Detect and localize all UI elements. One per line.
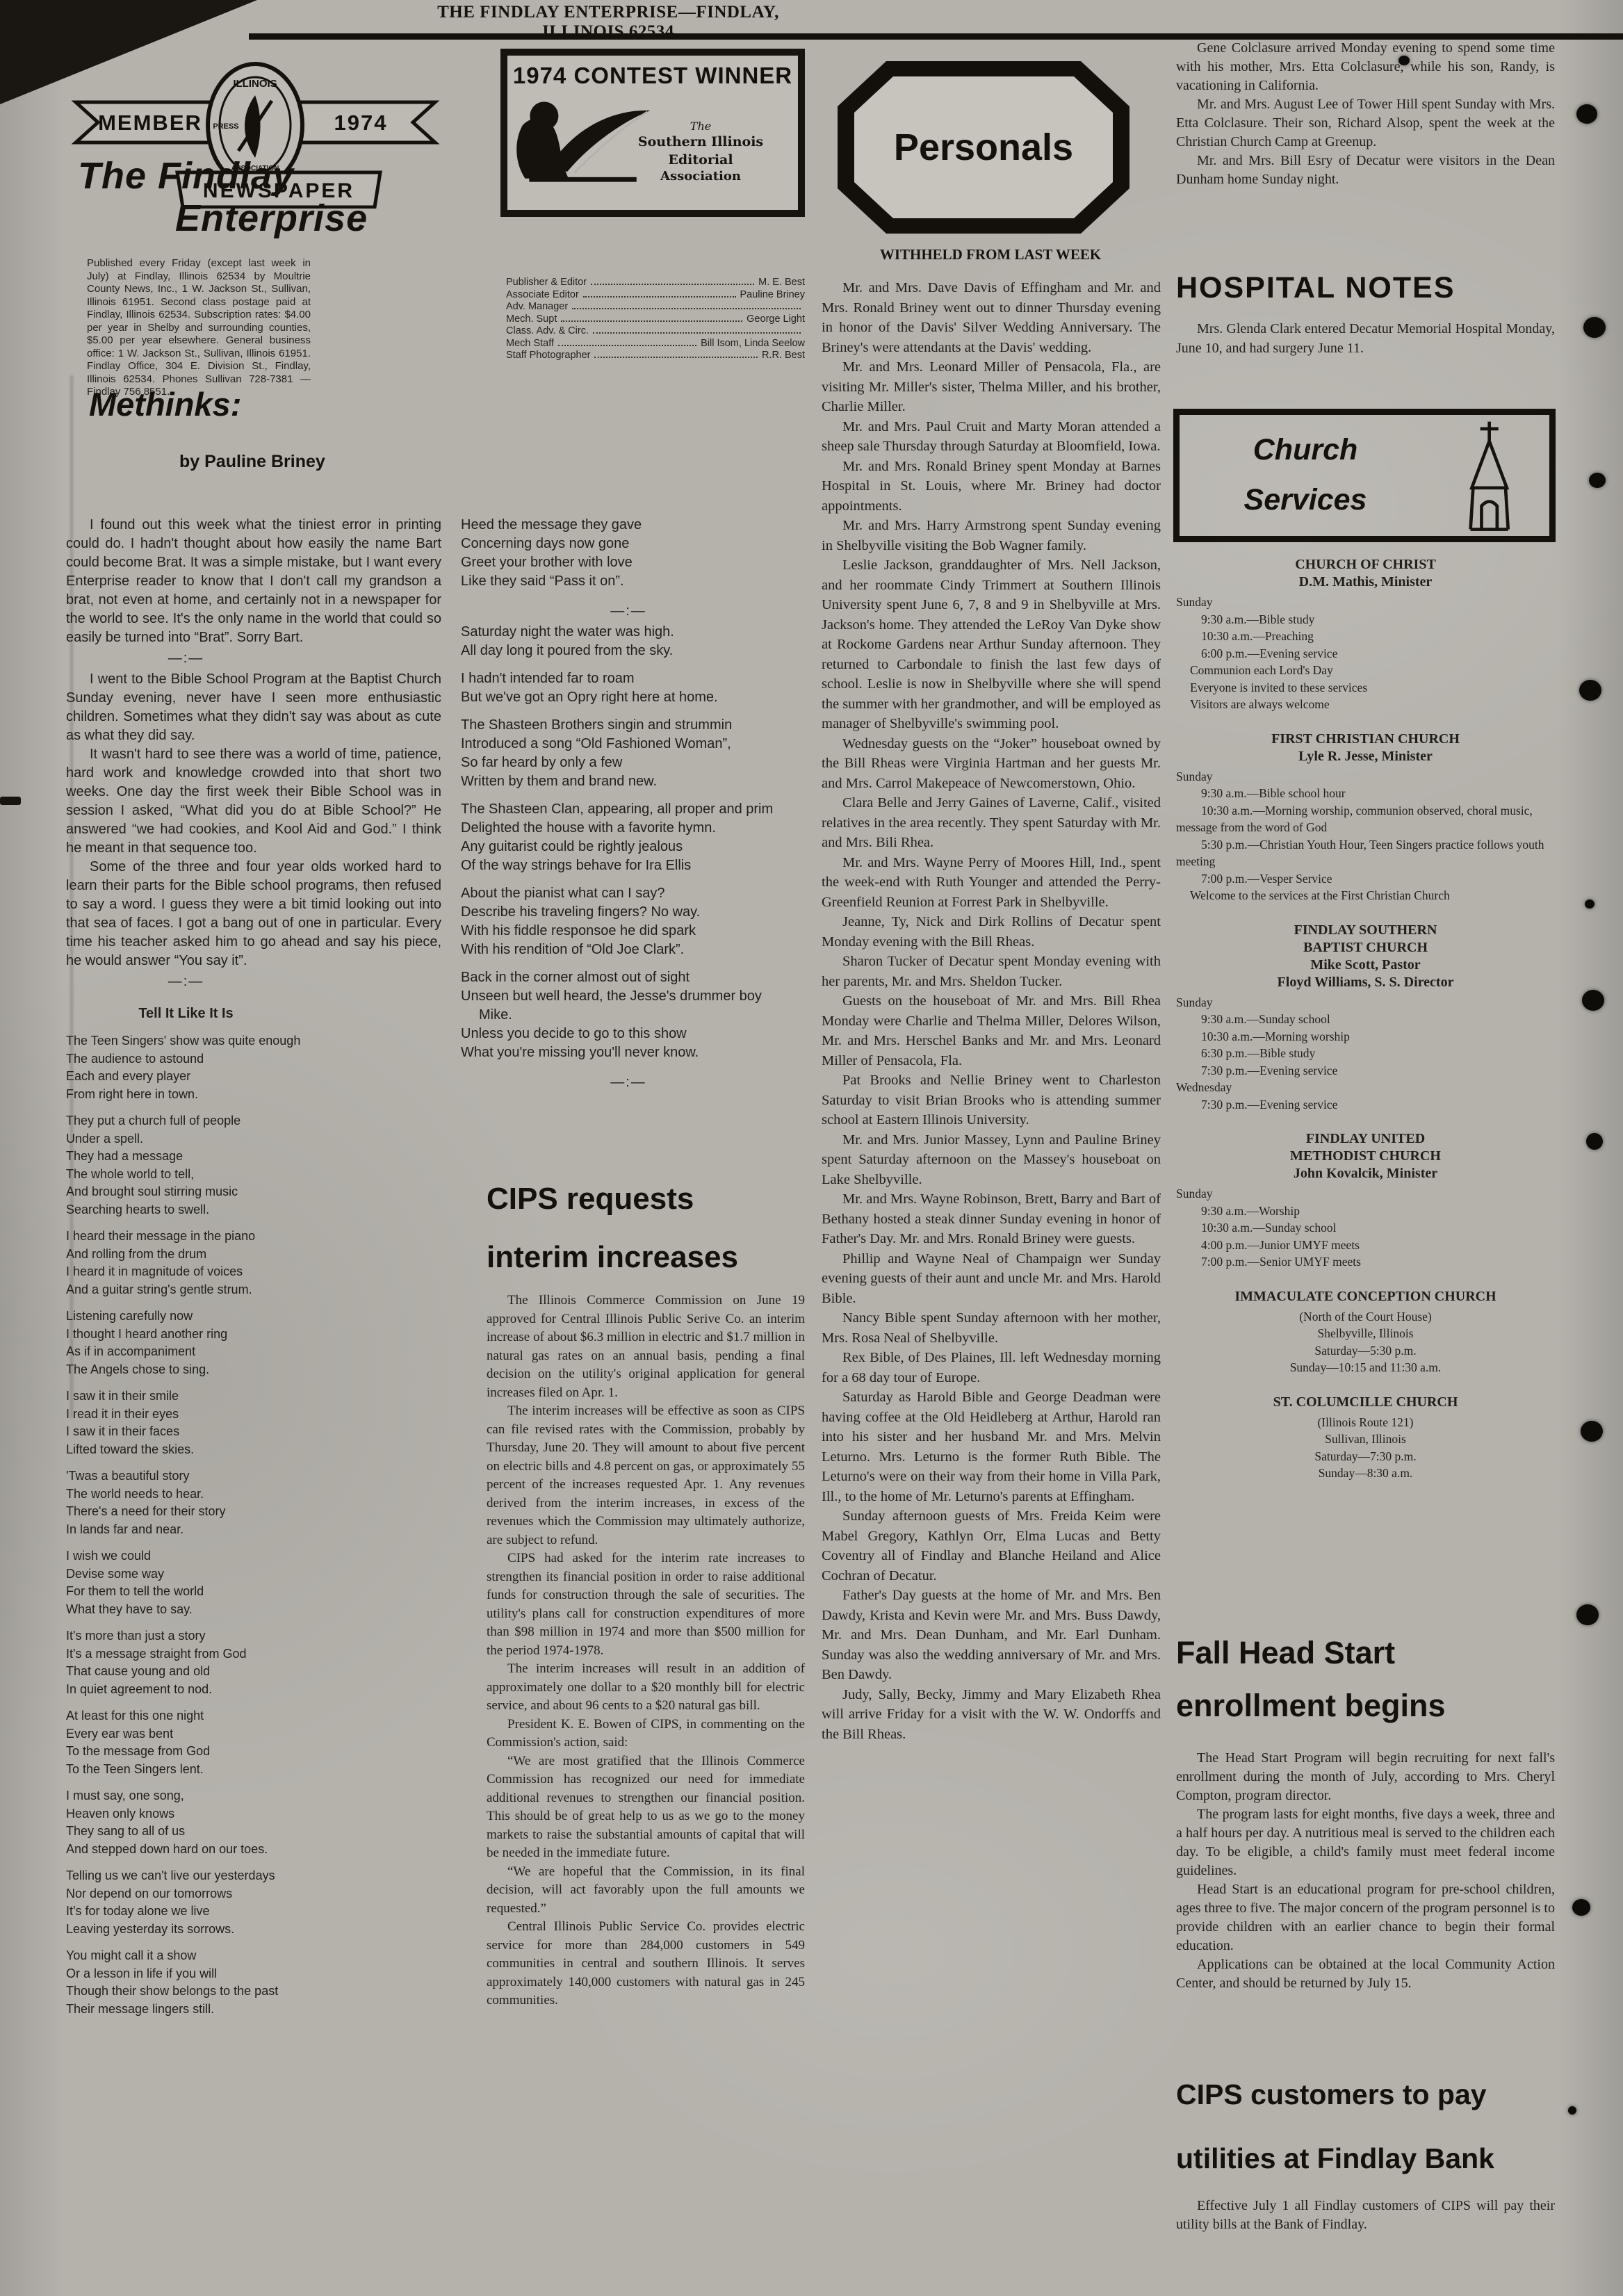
paragraph: Mr. and Mrs. Ronald Briney spent Monday …: [822, 457, 1161, 516]
staff-listing: Publisher & EditorM. E. BestAssociate Ed…: [506, 277, 805, 362]
paragraph: Effective July 1 all Findlay customers o…: [1176, 2197, 1555, 2234]
church-name: METHODIST CHURCH: [1176, 1148, 1555, 1165]
cips-bank-headline-line2: utilities at Findlay Bank: [1176, 2142, 1494, 2175]
paragraph: Nancy Bible spent Sunday afternoon with …: [822, 1308, 1161, 1348]
paragraph: Mr. and Mrs. Junior Massey, Lynn and Pau…: [822, 1130, 1161, 1190]
paragraph: Mr. and Mrs. August Lee of Tower Hill sp…: [1176, 95, 1555, 152]
schedule-line: Communion each Lord's Day: [1176, 662, 1555, 679]
paragraph: Mr. and Mrs. Harry Armstrong spent Sunda…: [822, 516, 1161, 555]
schedule-line: 9:30 a.m.—Bible study: [1176, 611, 1555, 628]
poem-line: And a guitar string's gentle strum.: [66, 1281, 306, 1299]
paragraph: Father's Day guests at the home of Mr. a…: [822, 1586, 1161, 1685]
church-name: ST. COLUMCILLE CHURCH: [1176, 1394, 1555, 1411]
newspaper-page: THE FINDLAY ENTERPRISE—FINDLAY, ILLINOIS…: [0, 0, 1623, 2296]
poem-line: The whole world to tell,: [66, 1166, 306, 1184]
poem-line: To the Teen Singers lent.: [66, 1761, 306, 1779]
church-name: IMMACULATE CONCEPTION CHURCH: [1176, 1288, 1555, 1305]
ink-speck: [0, 797, 21, 805]
poem-line: Back in the corner almost out of sight: [461, 968, 796, 987]
paragraph: I went to the Bible School Program at th…: [66, 670, 441, 745]
schedule-line: 6:30 p.m.—Bible study: [1176, 1045, 1555, 1062]
poem-line: Every ear was bent: [66, 1725, 306, 1743]
poem-line: Nor depend on our tomorrows: [66, 1885, 306, 1903]
methinks-title: Methinks:: [89, 385, 241, 423]
church-name: Mike Scott, Pastor: [1176, 956, 1555, 974]
poem-stanza: I must say, one song,Heaven only knowsTh…: [66, 1787, 306, 1858]
schedule-line: 6:00 p.m.—Evening service: [1176, 645, 1555, 662]
contest-winner-box: 1974 CONTEST WINNER The Southern Illinoi…: [500, 49, 805, 217]
schedule-line: 10:30 a.m.—Morning worship, communion ob…: [1176, 802, 1555, 836]
schedule-line: 7:30 p.m.—Evening service: [1176, 1062, 1555, 1080]
schedule-line: 9:30 a.m.—Sunday school: [1176, 1011, 1555, 1028]
church-name: BAPTIST CHURCH: [1176, 939, 1555, 956]
schedule-line: Sunday—10:15 and 11:30 a.m.: [1176, 1359, 1555, 1376]
poem-line: The Shasteen Brothers singin and strummi…: [461, 716, 796, 735]
contest-title: 1974 CONTEST WINNER: [507, 63, 798, 89]
poem-stanza: The Shasteen Clan, appearing, all proper…: [461, 800, 796, 875]
hole-punch: [1579, 680, 1601, 701]
church-schedule: (North of the Court House)Shelbyville, I…: [1176, 1308, 1555, 1376]
poem-line: Lifted toward the skies.: [66, 1441, 306, 1459]
ink-speck: [1585, 899, 1595, 909]
hole-punch: [1572, 1899, 1590, 1916]
poem-stanza: It's more than just a storyIt's a messag…: [66, 1627, 306, 1698]
paragraph: Clara Belle and Jerry Gaines of Laverne,…: [822, 793, 1161, 853]
paragraph: Rex Bible, of Des Plaines, Ill. left Wed…: [822, 1348, 1161, 1387]
cips-headline-line2: interim increases: [487, 1240, 738, 1275]
poem-line: The audience to astound: [66, 1050, 306, 1068]
church-name: FIRST CHRISTIAN CHURCH: [1176, 731, 1555, 748]
poem-line: Leaving yesterday its sorrows.: [66, 1921, 306, 1939]
poem-line: They put a church full of people: [66, 1112, 306, 1130]
poem-line: Heed the message they gave: [461, 516, 796, 535]
poem-line: What you're missing you'll never know.: [461, 1043, 796, 1062]
poem-line: And stepped down hard on our toes.: [66, 1841, 306, 1859]
poem-line: I thought I heard another ring: [66, 1326, 306, 1344]
church-name: CHURCH OF CHRIST: [1176, 556, 1555, 573]
hospital-notes-body: Mrs. Glenda Clark entered Decatur Memori…: [1176, 320, 1555, 358]
paragraph: Mr. and Mrs. Wayne Robinson, Brett, Barr…: [822, 1189, 1161, 1249]
staff-name: Bill Isom, Linda Seelow: [701, 338, 805, 350]
schedule-line: (Illinois Route 121): [1176, 1414, 1555, 1431]
schedule-line: 10:30 a.m.—Morning worship: [1176, 1028, 1555, 1045]
poem-stanza: I wish we couldDevise some wayFor them t…: [66, 1547, 306, 1618]
poem-line: Saturday night the water was high.: [461, 623, 796, 642]
paragraph: Mr. and Mrs. Bill Esry of Decatur were v…: [1176, 152, 1555, 189]
church-schedule: Sunday9:30 a.m.—Worship10:30 a.m.—Sunday…: [1176, 1185, 1555, 1271]
paragraph: Leslie Jackson, granddaughter of Mrs. Ne…: [822, 555, 1161, 734]
association-the: The: [607, 120, 794, 133]
paragraph: The Illinois Commerce Commission on June…: [487, 1292, 805, 1402]
paragraph: The Head Start Program will begin recrui…: [1176, 1749, 1555, 1805]
paragraph: The interim increases will be effective …: [487, 1402, 805, 1549]
paragraph: President K. E. Bowen of CIPS, in commen…: [487, 1716, 805, 1752]
poem-stanza: You might call it a showOr a lesson in l…: [66, 1947, 306, 2018]
dotted-leader: [561, 314, 742, 322]
schedule-line: 10:30 a.m.—Sunday school: [1176, 1219, 1555, 1237]
staff-role: Publisher & Editor: [506, 277, 587, 289]
paragraph: “We are hopeful that the Commission, in …: [487, 1863, 805, 1919]
poem-line: Any guitarist could be rightly jealous: [461, 838, 796, 856]
publication-info: Published every Friday (except last week…: [87, 257, 311, 399]
paragraph: The interim increases will result in an …: [487, 1660, 805, 1716]
church-entry: FINDLAY UNITEDMETHODIST CHURCHJohn Koval…: [1176, 1130, 1555, 1271]
paragraph: Judy, Sally, Becky, Jimmy and Mary Eliza…: [822, 1685, 1161, 1745]
dotted-leader: [594, 350, 757, 358]
staff-name: M. E. Best: [758, 277, 805, 289]
paragraph: I found out this week what the tiniest e…: [66, 516, 441, 647]
schedule-line: Wednesday: [1176, 1079, 1555, 1096]
paragraph: Mr. and Mrs. Paul Cruit and Marty Moran …: [822, 417, 1161, 457]
paragraph: Some of the three and four year olds wor…: [66, 858, 441, 970]
paragraph: Mr. and Mrs. Leonard Miller of Pensacola…: [822, 357, 1161, 417]
church-schedule: Sunday9:30 a.m.—Bible school hour10:30 a…: [1176, 768, 1555, 904]
poem-line: Of the way strings behave for Ira Ellis: [461, 856, 796, 875]
personals-title: Personals: [894, 126, 1073, 169]
paragraph: Central Illinois Public Service Co. prov…: [487, 1918, 805, 2010]
paragraph: “We are most gratified that the Illinois…: [487, 1752, 805, 1863]
church-services-title: Church Services: [1205, 425, 1406, 525]
ink-speck: [1398, 56, 1410, 65]
paragraph: Mrs. Glenda Clark entered Decatur Memori…: [1176, 320, 1555, 358]
paragraph: Sharon Tucker of Decatur spent Monday ev…: [822, 952, 1161, 991]
church-entry: FIRST CHRISTIAN CHURCHLyle R. Jesse, Min…: [1176, 731, 1555, 904]
poem-stanza: 'Twas a beautiful storyThe world needs t…: [66, 1467, 306, 1538]
poem-stanza: Telling us we can't live our yesterdaysN…: [66, 1867, 306, 1938]
poem-line: It's for today alone we live: [66, 1903, 306, 1921]
hole-punch: [1576, 104, 1597, 124]
poem-stanza: Saturday night the water was high.All da…: [461, 623, 796, 660]
poem-line: Concerning days now gone: [461, 535, 796, 553]
paragraph: Wednesday guests on the “Joker” houseboa…: [822, 734, 1161, 794]
methinks-column-2: Heed the message they gaveConcerning day…: [461, 516, 796, 1182]
church-entry: IMMACULATE CONCEPTION CHURCH(North of th…: [1176, 1288, 1555, 1376]
schedule-line: (North of the Court House): [1176, 1308, 1555, 1326]
staff-row: Staff PhotographerR.R. Best: [506, 350, 805, 362]
schedule-line: 4:00 p.m.—Junior UMYF meets: [1176, 1237, 1555, 1254]
poem-line: Unseen but well heard, the Jesse's drumm…: [461, 987, 796, 1025]
church-name: John Kovalcik, Minister: [1176, 1165, 1555, 1182]
seal-text-illinois: ILLINOIS: [233, 78, 277, 90]
paragraph: Applications can be obtained at the loca…: [1176, 1955, 1555, 1993]
staff-name: R.R. Best: [762, 350, 805, 362]
paragraph: Saturday as Harold Bible and George Dead…: [822, 1387, 1161, 1506]
church-schedule: (Illinois Route 121)Sullivan, IllinoisSa…: [1176, 1414, 1555, 1482]
methinks-byline: by Pauline Briney: [179, 452, 325, 472]
poem-line: So far heard by only a few: [461, 754, 796, 772]
headstart-body: The Head Start Program will begin recrui…: [1176, 1749, 1555, 1993]
poem-stanza: I hadn't intended far to roamBut we've g…: [461, 669, 796, 707]
section-divider: —:—: [66, 970, 306, 993]
poem-line: At least for this one night: [66, 1707, 306, 1725]
poem-line: You might call it a show: [66, 1947, 306, 1965]
church-schedule: Sunday9:30 a.m.—Bible study10:30 a.m.—Pr…: [1176, 594, 1555, 713]
member-text: MEMBER: [98, 111, 202, 135]
poem-line: Telling us we can't live our yesterdays: [66, 1867, 306, 1885]
poem-line: Introduced a song “Old Fashioned Woman”,: [461, 735, 796, 754]
hole-punch: [1582, 990, 1604, 1011]
church-name: FINDLAY SOUTHERN: [1176, 922, 1555, 939]
hole-punch: [1586, 1133, 1603, 1150]
staff-role: Adv. Manager: [506, 301, 568, 314]
church-entry: FINDLAY SOUTHERNBAPTIST CHURCHMike Scott…: [1176, 922, 1555, 1114]
hospital-notes-headline: HOSPITAL NOTES: [1176, 271, 1455, 305]
staff-name: George Light: [747, 314, 805, 326]
staff-row: Mech StaffBill Isom, Linda Seelow: [506, 338, 805, 350]
schedule-line: Sunday: [1176, 594, 1555, 611]
hole-punch: [1576, 1604, 1599, 1625]
poem-stanza: The Teen Singers' show was quite enoughT…: [66, 1032, 306, 1103]
poem-stanza: About the pianist what can I say?Describ…: [461, 884, 796, 959]
poem-line: It's a message straight from God: [66, 1645, 306, 1663]
paragraph: Gene Colclasure arrived Monday evening t…: [1176, 39, 1555, 95]
dotted-leader: [572, 302, 801, 309]
church-steeple-icon: [1447, 418, 1531, 535]
staff-role: Associate Editor: [506, 289, 579, 302]
schedule-line: Sunday: [1176, 994, 1555, 1011]
cips-article-body: The Illinois Commerce Commission on June…: [487, 1292, 805, 2279]
poem-line: Their message lingers still.: [66, 2001, 306, 2019]
schedule-line: Sunday: [1176, 768, 1555, 785]
poem-line: And brought soul stirring music: [66, 1183, 306, 1201]
schedule-line: 10:30 a.m.—Preaching: [1176, 628, 1555, 645]
schedule-line: 7:00 p.m.—Senior UMYF meets: [1176, 1253, 1555, 1271]
paragraph: Pat Brooks and Nellie Briney went to Cha…: [822, 1070, 1161, 1130]
poem-line: I saw it in their faces: [66, 1423, 306, 1441]
schedule-line: Saturday—5:30 p.m.: [1176, 1342, 1555, 1360]
cips-bank-body: Effective July 1 all Findlay customers o…: [1176, 2197, 1555, 2234]
staff-row: Adv. Manager: [506, 301, 805, 314]
poem-line: That cause young and old: [66, 1663, 306, 1681]
poem-line: About the pianist what can I say?: [461, 884, 796, 903]
poem-line: The Angels chose to sing.: [66, 1361, 306, 1379]
poem-line: I wish we could: [66, 1547, 306, 1565]
poem-line: And rolling from the drum: [66, 1246, 306, 1264]
poem-line: Describe his traveling fingers? No way.: [461, 903, 796, 922]
dotted-leader: [591, 277, 754, 285]
dotted-leader: [593, 326, 801, 334]
poem-line: In lands far and near.: [66, 1521, 306, 1539]
contest-association: The Southern Illinois Editorial Associat…: [607, 120, 794, 184]
church-schedule: Sunday9:30 a.m.—Sunday school10:30 a.m.—…: [1176, 994, 1555, 1114]
poem-line: With his fiddle responsoe he did spark: [461, 922, 796, 941]
poem-line: All day long it poured from the sky.: [461, 642, 796, 660]
headstart-headline-line1: Fall Head Start: [1176, 1635, 1395, 1671]
poem-line: I must say, one song,: [66, 1787, 306, 1805]
poem-line: I read it in their eyes: [66, 1406, 306, 1424]
church-services-line1: Church: [1205, 425, 1406, 475]
seal-text-press: PRESS: [213, 122, 238, 131]
schedule-line: Welcome to the services at the First Chr…: [1176, 887, 1555, 904]
schedule-line: Everyone is invited to these services: [1176, 679, 1555, 697]
poem-line: 'Twas a beautiful story: [66, 1467, 306, 1485]
hole-punch: [1589, 473, 1606, 488]
hole-punch: [1581, 1421, 1603, 1442]
personals-continued: Gene Colclasure arrived Monday evening t…: [1176, 39, 1555, 189]
poem-line: What they have to say.: [66, 1601, 306, 1619]
poem-line: I heard their message in the piano: [66, 1228, 306, 1246]
schedule-line: Sullivan, Illinois: [1176, 1431, 1555, 1448]
schedule-line: 9:30 a.m.—Bible school hour: [1176, 785, 1555, 802]
poem-stanza: I heard their message in the pianoAnd ro…: [66, 1228, 306, 1298]
staff-role: Mech Staff: [506, 338, 554, 350]
poem-line: It's more than just a story: [66, 1627, 306, 1645]
association-name-line2: Association: [607, 169, 794, 184]
poem-line: For them to tell the world: [66, 1583, 306, 1601]
personals-column: Mr. and Mrs. Dave Davis of Effingham and…: [822, 278, 1161, 2290]
church-listings: CHURCH OF CHRISTD.M. Mathis, MinisterSun…: [1176, 556, 1555, 1630]
poem-stanza: The Shasteen Brothers singin and strummi…: [461, 716, 796, 791]
poem-stanza: Heed the message they gaveConcerning day…: [461, 516, 796, 591]
church-name: Floyd Williams, S. S. Director: [1176, 974, 1555, 991]
headstart-headline-line2: enrollment begins: [1176, 1688, 1446, 1724]
church-entry: CHURCH OF CHRISTD.M. Mathis, MinisterSun…: [1176, 556, 1555, 713]
poem-line: Each and every player: [66, 1068, 306, 1086]
poem-line: To the message from God: [66, 1743, 306, 1761]
church-name: Lyle R. Jesse, Minister: [1176, 748, 1555, 765]
section-divider: —:—: [461, 600, 796, 623]
hole-punch: [1583, 317, 1606, 338]
masthead-title-line2: Enterprise: [175, 197, 368, 240]
poem-stanza: Back in the corner almost out of sightUn…: [461, 968, 796, 1062]
poem-title: Tell It Like It Is: [66, 1004, 306, 1023]
poem-line: They had a message: [66, 1148, 306, 1166]
cips-headline-line1: CIPS requests: [487, 1182, 694, 1216]
poem-line: I heard it in magnitude of voices: [66, 1263, 306, 1281]
poem-line: Delighted the house with a favorite hymn…: [461, 819, 796, 838]
year-text: 1974: [334, 111, 388, 135]
staff-row: Associate EditorPauline Briney: [506, 289, 805, 302]
poem-line: Under a spell.: [66, 1130, 306, 1148]
poem-line: Written by them and brand new.: [461, 772, 796, 791]
schedule-line: Shelbyville, Illinois: [1176, 1325, 1555, 1342]
masthead-title-line1: The Findlay: [78, 154, 294, 197]
poem-line: Searching hearts to swell.: [66, 1201, 306, 1219]
schedule-line: 7:00 p.m.—Vesper Service: [1176, 870, 1555, 888]
church-services-box: Church Services: [1173, 409, 1556, 542]
dotted-leader: [558, 339, 696, 346]
ink-speck: [1568, 2106, 1576, 2115]
cips-bank-headline-line1: CIPS customers to pay: [1176, 2078, 1487, 2111]
poem-line: Devise some way: [66, 1565, 306, 1583]
paragraph: CIPS had asked for the interim rate incr…: [487, 1549, 805, 1660]
poem-stanza: I saw it in their smileI read it in thei…: [66, 1387, 306, 1458]
schedule-line: 7:30 p.m.—Evening service: [1176, 1096, 1555, 1114]
paragraph: Mr. and Mrs. Wayne Perry of Moores Hill,…: [822, 853, 1161, 913]
paragraph: It wasn't hard to see there was a world …: [66, 745, 441, 858]
personals-box: Personals: [838, 61, 1129, 234]
poem-line: From right here in town.: [66, 1086, 306, 1104]
schedule-line: Sunday: [1176, 1185, 1555, 1203]
poem-stanza: Listening carefully nowI thought I heard…: [66, 1308, 306, 1378]
section-divider: —:—: [461, 1071, 796, 1094]
poem-stanza: They put a church full of peopleUnder a …: [66, 1112, 306, 1219]
staff-row: Mech. SuptGeorge Light: [506, 314, 805, 326]
poem-line: They sang to all of us: [66, 1823, 306, 1841]
poem-line: As if in accompaniment: [66, 1343, 306, 1361]
church-name: D.M. Mathis, Minister: [1176, 573, 1555, 591]
poem-line: The Teen Singers' show was quite enough: [66, 1032, 306, 1050]
schedule-line: 5:30 p.m.—Christian Youth Hour, Teen Sin…: [1176, 836, 1555, 870]
poem-line: In quiet agreement to nod.: [66, 1681, 306, 1699]
staff-row: Publisher & EditorM. E. Best: [506, 277, 805, 289]
paragraph: Guests on the houseboat of Mr. and Mrs. …: [822, 991, 1161, 1070]
paragraph: Jeanne, Ty, Nick and Dirk Rollins of Dec…: [822, 912, 1161, 952]
poem-line: There's a need for their story: [66, 1503, 306, 1521]
schedule-line: Visitors are always welcome: [1176, 696, 1555, 713]
poem-line: With his rendition of “Old Joe Clark”.: [461, 941, 796, 959]
poem-line: The Shasteen Clan, appearing, all proper…: [461, 800, 796, 819]
schedule-line: 9:30 a.m.—Worship: [1176, 1203, 1555, 1220]
poem-line: Like they said “Pass it on”.: [461, 572, 796, 591]
staff-row: Class. Adv. & Circ.: [506, 325, 805, 338]
methinks-column-1: I found out this week what the tiniest e…: [66, 516, 441, 2027]
section-divider: —:—: [66, 647, 306, 670]
paragraph: Head Start is an educational program for…: [1176, 1880, 1555, 1955]
dotted-leader: [583, 290, 736, 298]
personals-subhead: WITHHELD FROM LAST WEEK: [820, 246, 1161, 263]
paragraph: Mr. and Mrs. Dave Davis of Effingham and…: [822, 278, 1161, 357]
poem-line: Unless you decide to go to this show: [461, 1025, 796, 1043]
church-services-line2: Services: [1205, 475, 1406, 525]
staff-role: Staff Photographer: [506, 350, 590, 362]
poem-line: But we've got an Opry right here at home…: [461, 688, 796, 707]
poem-line: Listening carefully now: [66, 1308, 306, 1326]
paragraph: The program lasts for eight months, five…: [1176, 1805, 1555, 1880]
paragraph: Phillip and Wayne Neal of Champaign wer …: [822, 1249, 1161, 1309]
church-name: FINDLAY UNITED: [1176, 1130, 1555, 1148]
poem-line: I hadn't intended far to roam: [461, 669, 796, 688]
poem-line: Heaven only knows: [66, 1805, 306, 1823]
staff-role: Mech. Supt: [506, 314, 557, 326]
poem-line: Though their show belongs to the past: [66, 1982, 306, 2001]
staff-name: Pauline Briney: [740, 289, 806, 302]
staff-role: Class. Adv. & Circ.: [506, 325, 589, 338]
paragraph: Sunday afternoon guests of Mrs. Freida K…: [822, 1506, 1161, 1586]
association-name-line1: Southern Illinois Editorial: [607, 133, 794, 169]
poem-line: The world needs to hear.: [66, 1485, 306, 1504]
schedule-line: Saturday—7:30 p.m.: [1176, 1448, 1555, 1465]
poem-stanza: At least for this one nightEvery ear was…: [66, 1707, 306, 1778]
poem-line: Greet your brother with love: [461, 553, 796, 572]
poem-line: I saw it in their smile: [66, 1387, 306, 1406]
poem-line: Or a lesson in life if you will: [66, 1965, 306, 1983]
schedule-line: Sunday—8:30 a.m.: [1176, 1465, 1555, 1482]
church-entry: ST. COLUMCILLE CHURCH(Illinois Route 121…: [1176, 1394, 1555, 1482]
